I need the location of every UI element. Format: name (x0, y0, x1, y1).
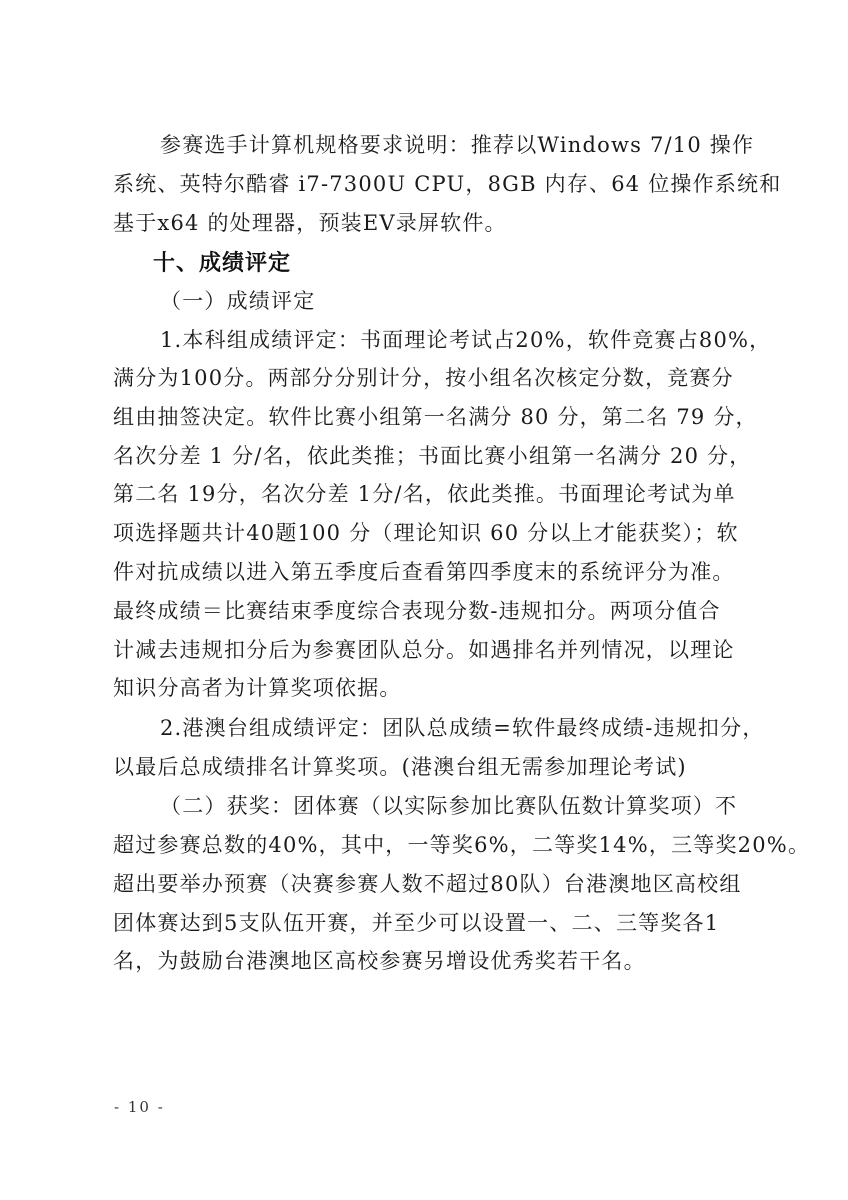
subsection-heading: （一）成绩评定 (160, 287, 750, 315)
paragraph-line: 基于x64 的处理器，预装EV录屏软件。 (113, 209, 753, 237)
paragraph-line: 项选择题共计40题100 分（理论知识 60 分以上才能获奖）；软 (113, 519, 753, 547)
paragraph-line: 1.本科组成绩评定：书面理论考试占20%，软件竞赛占80%， (160, 326, 750, 354)
paragraph-line: 第二名 19分，名次分差 1分/名，依此类推。书面理论考试为单 (113, 480, 753, 508)
paragraph-line: 知识分高者为计算奖项依据。 (113, 674, 753, 702)
paragraph-line: 件对抗成绩以进入第五季度后查看第四季度末的系统评分为准。 (113, 558, 753, 586)
paragraph-line: 超出要举办预赛（决赛参赛人数不超过80队）台港澳地区高校组 (113, 870, 753, 898)
paragraph-line: 以最后总成绩排名计算奖项。(港澳台组无需参加理论考试) (113, 753, 753, 781)
paragraph-line: 满分为100分。两部分分别计分，按小组名次核定分数，竞赛分 (113, 364, 753, 392)
document-page: 参赛选手计算机规格要求说明：推荐以Windows 7/10 操作 系统、英特尔酷… (0, 0, 848, 1200)
paragraph-line: 参赛选手计算机规格要求说明：推荐以Windows 7/10 操作 (160, 131, 750, 159)
paragraph-line: 组由抽签决定。软件比赛小组第一名满分 80 分，第二名 79 分， (113, 403, 753, 431)
paragraph-line: 最终成绩＝比赛结束季度综合表现分数-违规扣分。两项分值合 (113, 597, 753, 625)
paragraph-line: 计减去违规扣分后为参赛团队总分。如遇排名并列情况，以理论 (113, 636, 753, 664)
paragraph-line: 名，为鼓励台港澳地区高校参赛另增设优秀奖若干名。 (113, 947, 753, 975)
paragraph-line: 超过参赛总数的40%，其中，一等奖6%，二等奖14%，三等奖20%。 (113, 831, 753, 859)
page-number: - 10 - (114, 1098, 165, 1116)
paragraph-line: 名次分差 1 分/名，依此类推；书面比赛小组第一名满分 20 分， (113, 442, 753, 470)
paragraph-line: 系统、英特尔酷睿 i7-7300U CPU，8GB 内存、64 位操作系统和 (113, 170, 753, 198)
section-heading: 十、成绩评定 (153, 250, 291, 278)
subsection-heading: （二）获奖：团体赛（以实际参加比赛队伍数计算奖项）不 (160, 792, 750, 820)
paragraph-line: 2.港澳台组成绩评定：团队总成绩=软件最终成绩-违规扣分， (160, 714, 750, 742)
paragraph-line: 团体赛达到5支队伍开赛，并至少可以设置一、二、三等奖各1 (113, 909, 753, 937)
